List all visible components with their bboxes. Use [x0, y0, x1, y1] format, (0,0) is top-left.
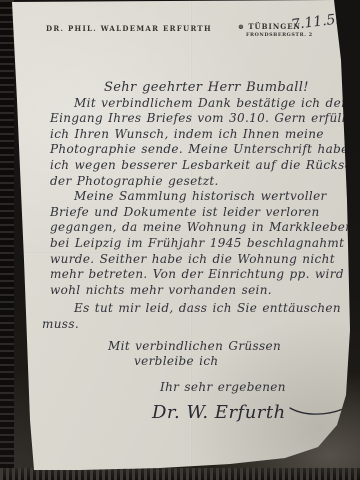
letterhead-sender-name: DR. PHIL. WALDEMAR ERFURTH — [46, 24, 212, 33]
letter-paper: DR. PHIL. WALDEMAR ERFURTH ⊛ TÜBINGEN FR… — [0, 0, 360, 480]
salutation-line: Sehr geehrter Herr Bumball! — [104, 80, 348, 96]
postal-mark-icon: ⊛ — [238, 22, 245, 31]
background-left-edge — [0, 0, 14, 480]
body-line: mehr betreten. Von der Einrichtung pp. w… — [50, 267, 348, 283]
body-line: ich wegen besserer Lesbarkeit auf die Rü… — [50, 158, 348, 174]
body-line: wohl nichts mehr vorhanden sein. — [50, 283, 348, 299]
handwritten-date: 7.11.59 — [290, 11, 345, 33]
body-line: muss. — [42, 317, 348, 333]
body-line: Photographie sende. Meine Unterschrift h… — [50, 142, 348, 158]
letterhead-street: FRONDSBERGSTR. 2 — [246, 32, 313, 38]
closing-line: Ihr sehr ergebenen — [160, 380, 348, 396]
body-line: gegangen, da meine Wohnung in Markkleebe… — [50, 220, 348, 236]
body-line: der Photographie gesetzt. — [50, 174, 348, 190]
body-line: bei Leipzig im Frühjahr 1945 beschlagnah… — [50, 236, 348, 252]
letter-body: Sehr geehrter Herr Bumball! Mit verbindl… — [42, 80, 348, 423]
signature-row: Dr. W. Erfurth — [152, 402, 348, 423]
body-line: Briefe und Dokumente ist leider verloren — [50, 205, 348, 221]
body-line: Mit verbindlichem Dank bestätige ich den — [74, 96, 348, 112]
closing-line: Mit verbindlichen Grüssen — [108, 339, 348, 355]
letter-photo: DR. PHIL. WALDEMAR ERFURTH ⊛ TÜBINGEN FR… — [0, 0, 360, 480]
body-line: Es tut mir leid, dass ich Sie enttäusche… — [74, 301, 348, 317]
body-line: Meine Sammlung historisch wertvoller — [74, 189, 348, 205]
body-line: wurde. Seither habe ich die Wohnung nich… — [50, 252, 348, 268]
body-line: ich Ihren Wunsch, indem ich Ihnen meine — [50, 127, 348, 143]
signature: Dr. W. Erfurth — [152, 402, 286, 423]
signature-flourish-icon — [288, 403, 346, 419]
closing-line: verbleibe ich — [134, 354, 348, 370]
body-line: Eingang Ihres Briefes vom 30.10. Gern er… — [50, 111, 348, 127]
